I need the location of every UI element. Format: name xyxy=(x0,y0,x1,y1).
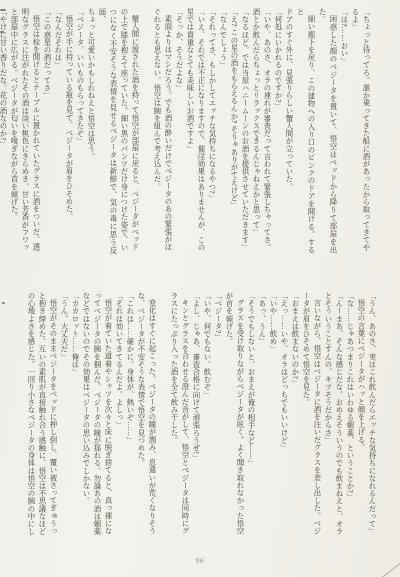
blank-line xyxy=(158,292,169,544)
text-line: グラスを受け取りながらベジータが呟く。よく聞き取れなかった悟空 xyxy=(235,292,246,544)
text-line: 困惑した顔のベジータを置いて、悟空はベッドから降りて部屋を出た。 xyxy=(317,8,339,254)
text-line: 星では貴重なとても美味しいお酒ですよ」 xyxy=(185,8,196,254)
text-line: 「ちょっと待ってろ。誰か乗ってきた船に酒があったから取ってきてや xyxy=(361,8,372,254)
scan-speck xyxy=(0,31,4,33)
text-line: 「これは……確かに、身体が、熱いぞ……」 xyxy=(125,292,136,544)
text-line: 細い廊下を戻り、この建物への入り口のピンクのドアを開ける。すると xyxy=(295,8,317,254)
text-line: 蟹人間に渡された酒を持って悟空が部屋に戻ると、ベジータがベッド xyxy=(130,8,141,254)
text-line: ラスにたっぷり入った酒を全て飲み干した。 xyxy=(169,292,180,544)
text-line: ってベジータの腕を掴んだ。ベジータの瞳が揺れる。勿論あの酒は媚薬 xyxy=(92,292,103,544)
text-line: 悟空は栓を開けるとテーブルに置かれていたグラスに酒をついだ。透 xyxy=(31,8,42,254)
text-line: の心地よさを感じた。一回り小さなベジータの身体は悟空の腕の中にし xyxy=(26,292,37,544)
text-line: とそういうことすんの、キツそうだからさ」 xyxy=(323,292,334,544)
text-line: などではないのでその効果はベジータの思い込みでしかない。 xyxy=(81,292,92,544)
text-line: ドアのすぐ外に、見張りらしい蟹人間が立っていた。 xyxy=(284,8,295,254)
text-line: 「な……じゃあつまりこれはいわゆる媚薬、ということか?」 xyxy=(345,292,356,544)
text-line: キンとグラスを合わせる澄んだ音がして、悟空とベジータは同時にグ xyxy=(180,292,191,544)
text-line: 変化はすぐに起こった。ベジータの瞳が潤み、息遣いが荒くなりそう xyxy=(147,292,158,544)
text-line: るよ」 xyxy=(350,8,361,254)
text-line: 「うん、大丈夫だ」 xyxy=(59,292,70,544)
text-line: 「は?……おい」 xyxy=(339,8,350,254)
text-line: 「んーまあ、そんな感じだな。おめえそういうのでも飲まねえと、オラ xyxy=(334,292,345,544)
text-line: 「いや、あのさ、オラの連れが審査だって言われて緊張しちゃってさ。 xyxy=(262,8,273,254)
text-line: 「何処にいかれるのですか?」 xyxy=(273,8,284,254)
text-line: 「そっか、そうだよな」 xyxy=(174,8,185,254)
text-line: 「あっ、うん」 xyxy=(257,292,268,544)
text-line: 「それは効いてきてるんだよ。よしっ」 xyxy=(114,292,125,544)
text-line: 「なるほど。では当屋ハニームーンのお酒を提供させていただきます」 xyxy=(240,8,251,254)
text-line: 「なんでしょう」 xyxy=(218,8,229,254)
text-line: 「え? この星の酒をもらえるんか? そりゃありがてえけど」 xyxy=(229,8,240,254)
scanned-novel-page: 「ちょっと待ってろ。誰か乗ってきた船に酒があったから取ってきてやるよ」「は?……… xyxy=(0,0,400,577)
text-line: の上で膝を抱えて座っていた。細い黒のパンツだけ身につけた姿で、い xyxy=(119,8,130,254)
bottom-text-block: 「うん、あのさ、実はこれ飲んだらエッチな気持ちになれるんだって」悟空の言葉にベジ… xyxy=(26,292,378,544)
text-line: 「いえ、それでは不正になりますので、催淫効果はありませんが、この xyxy=(196,8,207,254)
text-line: ぐれるとも思えない。悟空は腕を組んで考え込んだ。 xyxy=(152,8,163,254)
text-line: 素面よりはマシだろう。でも酒の酔いだけでベジータのあの緊張がほ xyxy=(163,8,174,254)
text-line: 「えっ……いや、オラはどっちでもいいけど」 xyxy=(279,292,290,544)
text-line: 「ベジータ?」 xyxy=(213,292,224,544)
text-line: が首を傾げた。 xyxy=(224,292,235,544)
text-line: と抱き締めた。互いの素肌が直接触れ合う感触に、悟空は不思議なほど xyxy=(37,292,48,544)
text-line: 「やけに甘い香りだな。花の酒なのか?」 xyxy=(0,8,9,254)
text-line: と部屋中に広がる。ベジータが匂いを嗅ぎながら首を傾げた。 xyxy=(9,8,20,254)
scan-speck xyxy=(0,9,6,11)
text-line: 「それってさ、もしかしてエッチな気持ちになるやつ?」 xyxy=(207,8,218,254)
text-line: ちょっと可愛いかもしれねえと悟空は思う。 xyxy=(86,8,97,254)
text-line: な、ベジータが不安そうな表情で悟空を見つめた。 xyxy=(136,292,147,544)
text-line: 「この惑星の酒だってさ」 xyxy=(42,8,53,254)
text-line: 「おまえは飲まないのか?」 xyxy=(290,292,301,544)
text-line: 「いや……飲め」 xyxy=(268,292,279,544)
text-line: 悟空がそのままベジータをベッドに押し倒し、覆い被さってぎゅうっ xyxy=(48,292,59,544)
page-number: 96 xyxy=(0,557,400,565)
text-line: ータが眉をひそめて悟空を見た。 xyxy=(301,292,312,544)
text-line: 「カカロット……俺は」 xyxy=(70,292,81,544)
blank-line xyxy=(141,8,152,254)
text-line: 「よし、じゃあ、審査合格に向けて頑張ろうぜ!」 xyxy=(191,292,202,544)
text-line: 悟空の言葉にベジータがハッと顔を上げる。 xyxy=(356,292,367,544)
text-line: 酒とか飲んだらちょっとリラックスできるんじゃねえかと思って」 xyxy=(251,8,262,254)
text-line: 言いながら、悟空はベジータに酒を注いだグラスを差し出した。ベジ xyxy=(312,292,323,544)
text-line: 明なグラスに注がれたその酒は淡い桃色にきらめき、甘い芳香がフワッ xyxy=(20,8,31,254)
text-line: 悟空が手に持っている瓶を見て、ベジータが眉をひそめた。 xyxy=(64,8,75,254)
text-line: 「そうでもしないと、おまえが俺の相手など――」 xyxy=(246,292,257,544)
text-line: 「ベジータ。いいものもらってきたぞ」 xyxy=(75,8,86,254)
text-line: 「なんだそれは」 xyxy=(53,8,64,254)
text-line: 「いや、何でもない。飲むぞ」 xyxy=(202,292,213,544)
text-line: 悟空が着ていた道着やシャツを次々と床に脱ぎ捨てると、真っ裸にな xyxy=(103,292,114,544)
top-text-block: 「ちょっと待ってろ。誰か乗ってきた船に酒があったから取ってきてやるよ」「は?……… xyxy=(0,8,372,254)
text-line: 「うん、あのさ、実はこれ飲んだらエッチな気持ちになれるんだって」 xyxy=(367,292,378,544)
scan-speck xyxy=(2,302,5,304)
text-line: つになく不安そうな表情を見せるベジータは新鮮で、気の毒に思う反面、 xyxy=(97,8,119,254)
